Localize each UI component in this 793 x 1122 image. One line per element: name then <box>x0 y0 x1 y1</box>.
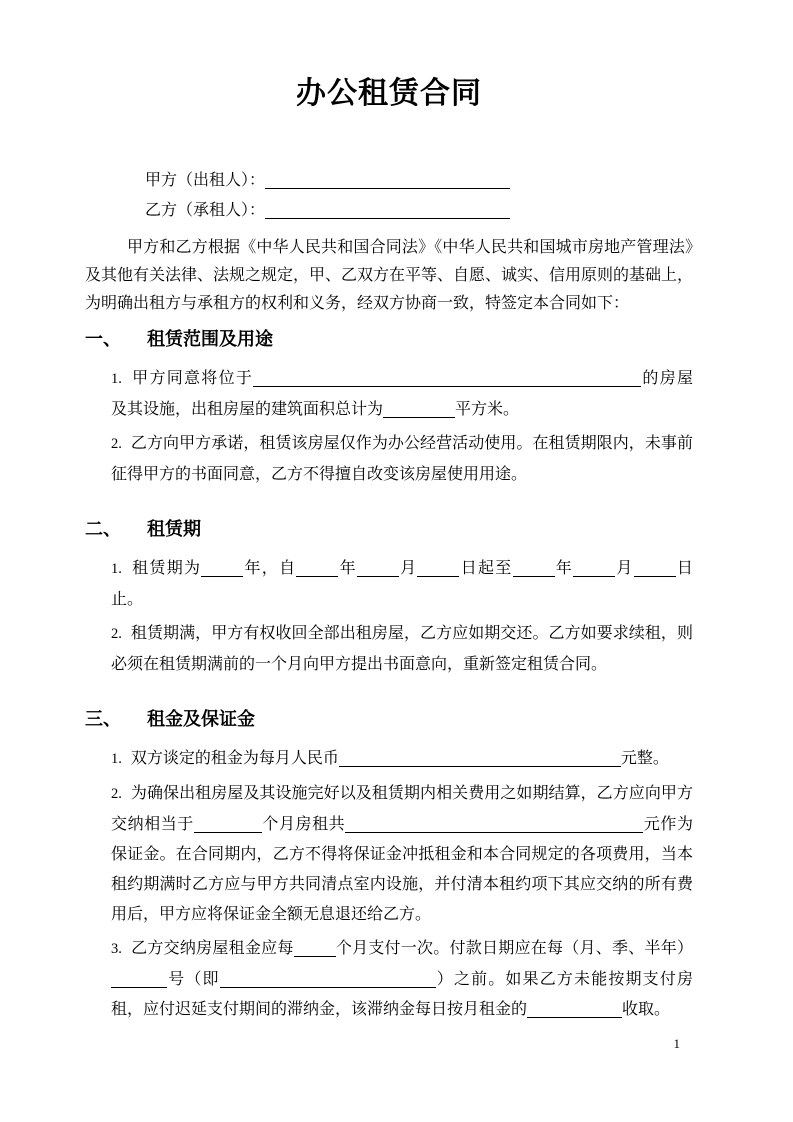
item-paragraph: 2.为确保出租房屋及其设施完好以及租赁期内相关费用之如期结算，乙方应向甲方交纳相… <box>111 778 693 929</box>
section-number: 二、 <box>85 519 121 540</box>
item-number: 3. <box>111 941 122 957</box>
text-run: 年 <box>338 558 357 577</box>
text-run: 租赁期为 <box>131 558 201 577</box>
text-run: 平方米。 <box>455 399 519 418</box>
text-run: 收取。 <box>622 999 670 1018</box>
blank-field <box>383 399 455 418</box>
document-page: 办公租赁合同 甲方（出租人）：乙方（承租人）： 甲方和乙方根据《中华人民共和国合… <box>0 0 793 1122</box>
section-title: 租赁范围及用途 <box>147 329 273 350</box>
section-number: 三、 <box>85 709 121 730</box>
party-label: 乙方（承租人）： <box>145 200 265 219</box>
section: 二、租赁期1.租赁期为年，自年月日起至年月日止。2.租赁期满，甲方有权收回全部出… <box>85 517 693 679</box>
section-title: 租金及保证金 <box>147 709 255 730</box>
text-run: 双方谈定的租金为每月人民币 <box>131 748 339 767</box>
text-run: 元整。 <box>621 748 669 767</box>
item-paragraph: 1.双方谈定的租金为每月人民币元整。 <box>111 743 693 774</box>
section: 三、租金及保证金1.双方谈定的租金为每月人民币元整。2.为确保出租房屋及其设施完… <box>85 707 693 1024</box>
item-number: 2. <box>111 786 122 802</box>
item-number: 1. <box>111 751 122 767</box>
text-run: 年，自 <box>243 558 296 577</box>
item-paragraph: 1.租赁期为年，自年月日起至年月日止。 <box>111 553 693 614</box>
item-paragraph: 2.租赁期满，甲方有权收回全部出租房屋，乙方应如期交还。乙方如要求续租，则必须在… <box>111 618 693 679</box>
item-number: 1. <box>111 561 122 577</box>
blank-field <box>417 558 459 577</box>
text-run: 月 <box>399 558 418 577</box>
preamble: 甲方和乙方根据《中华人民共和国合同法》《中华人民共和国城市房地产管理法》及其他有… <box>85 233 693 317</box>
blank-field <box>296 558 338 577</box>
item-number: 2. <box>111 436 122 452</box>
blank-field <box>220 969 436 988</box>
text-run: 个月支付一次。付款日期应在每（月、季、半年） <box>336 938 693 957</box>
item-paragraph: 1.甲方同意将位于的房屋及其设施，出租房屋的建筑面积总计为平方米。 <box>111 363 693 424</box>
blank-field <box>634 558 676 577</box>
text-run: 日起至 <box>459 558 512 577</box>
party-line: 甲方（出租人）： <box>145 165 693 195</box>
section-heading: 二、租赁期 <box>85 517 693 543</box>
text-run: 号（即 <box>167 969 220 988</box>
section-title: 租赁期 <box>147 519 201 540</box>
text-run: 个月房租共 <box>262 814 345 833</box>
text-run: 租赁期满，甲方有权收回全部出租房屋，乙方应如期交还。乙方如要求续租，则必须在租赁… <box>111 623 693 673</box>
text-run: 甲方同意将位于 <box>131 368 253 387</box>
blank-field <box>265 200 510 219</box>
blank-field <box>345 814 643 833</box>
section-number: 一、 <box>85 329 121 350</box>
section: 一、租赁范围及用途1.甲方同意将位于的房屋及其设施，出租房屋的建筑面积总计为平方… <box>85 327 693 489</box>
item-number: 2. <box>111 626 122 642</box>
text-run: 乙方交纳房屋租金应每 <box>131 938 294 957</box>
page-number: 1 <box>674 1036 681 1052</box>
text-run: 乙方向甲方承诺，租赁该房屋仅作为办公经营活动使用。在租赁期限内，未事前征得甲方的… <box>111 433 693 483</box>
parties-block: 甲方（出租人）：乙方（承租人）： <box>85 165 693 225</box>
blank-field <box>201 558 243 577</box>
page-title: 办公租赁合同 <box>85 75 693 113</box>
blank-field <box>573 558 615 577</box>
item-paragraph: 3.乙方交纳房屋租金应每个月支付一次。付款日期应在每（月、季、半年）号（即）之前… <box>111 933 693 1024</box>
section-heading: 一、租赁范围及用途 <box>85 327 693 353</box>
item-paragraph: 2.乙方向甲方承诺，租赁该房屋仅作为办公经营活动使用。在租赁期限内，未事前征得甲… <box>111 428 693 489</box>
text-run: 月 <box>615 558 634 577</box>
sections: 一、租赁范围及用途1.甲方同意将位于的房屋及其设施，出租房屋的建筑面积总计为平方… <box>85 327 693 1024</box>
blank-field <box>111 969 167 988</box>
blank-field <box>339 748 621 767</box>
party-label: 甲方（出租人）： <box>145 170 265 189</box>
blank-field <box>357 558 399 577</box>
blank-field <box>513 558 555 577</box>
text-run: 年 <box>555 558 574 577</box>
blank-field <box>265 170 510 189</box>
blank-field <box>527 999 622 1018</box>
party-line: 乙方（承租人）： <box>145 195 693 225</box>
blank-field <box>194 814 262 833</box>
blank-field <box>253 368 641 387</box>
item-number: 1. <box>111 371 122 387</box>
section-heading: 三、租金及保证金 <box>85 707 693 733</box>
blank-field <box>294 938 336 957</box>
